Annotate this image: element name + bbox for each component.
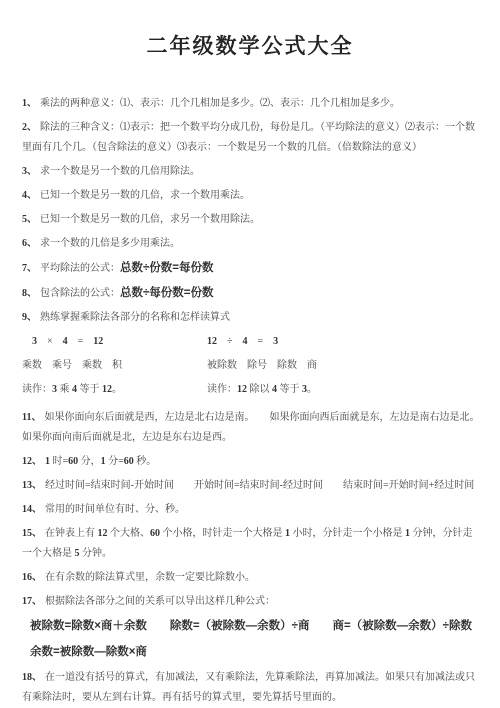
item-number: 6、: [22, 238, 37, 249]
item-text: 已知一个数是另一数的几倍，求一个数用乘法。: [40, 190, 250, 201]
division-relation-formulas-line-2: 余数=被除数—除数×商: [22, 642, 478, 663]
average-division-formula: 总数÷份数=每份数: [120, 262, 214, 274]
inclusive-division-formula: 总数÷每份数=份数: [120, 287, 214, 299]
mult-div-example-table: 3 × 4 = 12 乘数 乘号 乘数 积 读作：3 乘 4 等于 12。 12…: [22, 332, 478, 404]
item-text: 已知一个数是另一数的几倍，求另一个数用除法。: [40, 214, 260, 225]
item-6: 6、求一个数的几倍是多少用乘法。: [22, 234, 478, 254]
item-number: 17、: [22, 596, 42, 607]
reading-row: 读作：12 除以 4 等于 3。: [207, 380, 478, 400]
item-14: 14、常用的时间单位有时、分、秒。: [22, 500, 478, 520]
item-text: 求一个数是另一个数的几倍用除法。: [40, 166, 200, 177]
item-5: 5、已知一个数是另一数的几倍，求另一个数用除法。: [22, 210, 478, 230]
multiplication-part-names: 乘数 乘号 乘数 积: [22, 360, 122, 371]
multiplication-reading: 读作：3 乘 4 等于 12。: [22, 384, 122, 395]
item-text: 如果你面向东后面就是西，左边是北右边是南。 如果你面向西后面就是东，左边是南右边…: [22, 412, 494, 443]
item-text: 1 时=60 分，1 分=60 秒。: [45, 456, 156, 467]
item-number: 1、: [22, 98, 37, 109]
item-number: 15、: [22, 528, 42, 539]
equation-row: 12 ÷ 4 = 3: [207, 332, 478, 352]
item-9: 9、熟练掌握乘除法各部分的名称和怎样读算式: [22, 308, 478, 328]
item-8: 8、包含除法的公式：总数÷每份数=份数: [22, 283, 478, 304]
item-12: 12、1 时=60 分，1 分=60 秒。: [22, 452, 478, 472]
document-page: 二年级数学公式大全 1、乘法的两种意义：⑴、表示：几个几相加是多少。⑵、表示：几…: [0, 0, 500, 708]
item-text: 熟练掌握乘除法各部分的名称和怎样读算式: [40, 312, 230, 323]
item-16: 16、在有余数的除法算式里，余数一定要比除数小。: [22, 568, 478, 588]
equation-row: 3 × 4 = 12: [22, 332, 207, 352]
item-number: 12、: [22, 456, 42, 467]
item-2: 2、除法的三种含义：⑴表示：把一个数平均分成几份，每份是几。（平均除法的意义）⑵…: [22, 118, 478, 158]
multiplication-example: 3 × 4 = 12 乘数 乘号 乘数 积 读作：3 乘 4 等于 12。: [22, 332, 207, 404]
item-17: 17、根据除法各部分之间的关系可以导出这样几种公式：: [22, 592, 478, 612]
page-title: 二年级数学公式大全: [22, 30, 478, 60]
item-number: 3、: [22, 166, 37, 177]
division-relation-formulas-line-1: 被除数=除数×商＋余数 除数=（被除数—余数）÷商 商=（被除数—余数）÷除数: [22, 616, 478, 637]
item-number: 14、: [22, 504, 42, 515]
item-number: 2、: [22, 122, 37, 133]
item-text: 经过时间=结束时间-开始时间 开始时间=结束时间-经过时间 结束时间=开始时间+…: [45, 480, 474, 491]
item-18: 18、在一道没有括号的算式，有加减法，又有乘除法，先算乘除法，再算加减法。如果只…: [22, 668, 478, 708]
reading-row: 读作：3 乘 4 等于 12。: [22, 380, 207, 400]
division-example: 12 ÷ 4 = 3 被除数 除号 除数 商 读作：12 除以 4 等于 3。: [207, 332, 478, 404]
item-number: 13、: [22, 480, 42, 491]
item-4: 4、已知一个数是另一数的几倍，求一个数用乘法。: [22, 186, 478, 206]
division-equation: 12 ÷ 4 = 3: [207, 336, 278, 347]
item-3: 3、求一个数是另一个数的几倍用除法。: [22, 162, 478, 182]
item-label: 包含除法的公式：: [40, 288, 120, 299]
parts-row: 乘数 乘号 乘数 积: [22, 356, 207, 376]
item-text: 根据除法各部分之间的关系可以导出这样几种公式：: [45, 596, 275, 607]
item-13: 13、经过时间=结束时间-开始时间 开始时间=结束时间-经过时间 结束时间=开始…: [22, 476, 478, 496]
item-text: 求一个数的几倍是多少用乘法。: [40, 238, 180, 249]
item-label: 平均除法的公式：: [40, 263, 120, 274]
item-number: 16、: [22, 572, 42, 583]
item-number: 4、: [22, 190, 37, 201]
item-text: 在一道没有括号的算式，有加减法，又有乘除法，先算乘除法，再算加减法。如果只有加减…: [22, 672, 475, 703]
item-text: 在钟表上有 12 个大格、60 个小格，时针走一个大格是 1 小时，分针走一个小…: [22, 528, 473, 559]
item-number: 5、: [22, 214, 37, 225]
item-number: 9、: [22, 312, 37, 323]
multiplication-equation: 3 × 4 = 12: [22, 336, 103, 347]
item-text: 除法的三种含义：⑴表示：把一个数平均分成几份，每份是几。（平均除法的意义）⑵表示…: [22, 122, 475, 153]
item-text: 常用的时间单位有时、分、秒。: [45, 504, 185, 515]
item-11: 11、如果你面向东后面就是西，左边是北右边是南。 如果你面向西后面就是东，左边是…: [22, 408, 478, 448]
item-number: 8、: [22, 288, 37, 299]
item-number: 18、: [22, 672, 42, 683]
item-15: 15、在钟表上有 12 个大格、60 个小格，时针走一个大格是 1 小时，分针走…: [22, 524, 478, 564]
item-1: 1、乘法的两种意义：⑴、表示：几个几相加是多少。⑵、表示：几个几相加是多少。: [22, 94, 478, 114]
item-number: 11、: [22, 412, 41, 423]
item-number: 7、: [22, 263, 37, 274]
item-7: 7、平均除法的公式：总数÷份数=每份数: [22, 258, 478, 279]
item-text: 乘法的两种意义：⑴、表示：几个几相加是多少。⑵、表示：几个几相加是多少。: [40, 98, 400, 109]
division-reading: 读作：12 除以 4 等于 3。: [207, 384, 317, 395]
item-text: 在有余数的除法算式里，余数一定要比除数小。: [45, 572, 255, 583]
division-part-names: 被除数 除号 除数 商: [207, 360, 317, 371]
parts-row: 被除数 除号 除数 商: [207, 356, 478, 376]
